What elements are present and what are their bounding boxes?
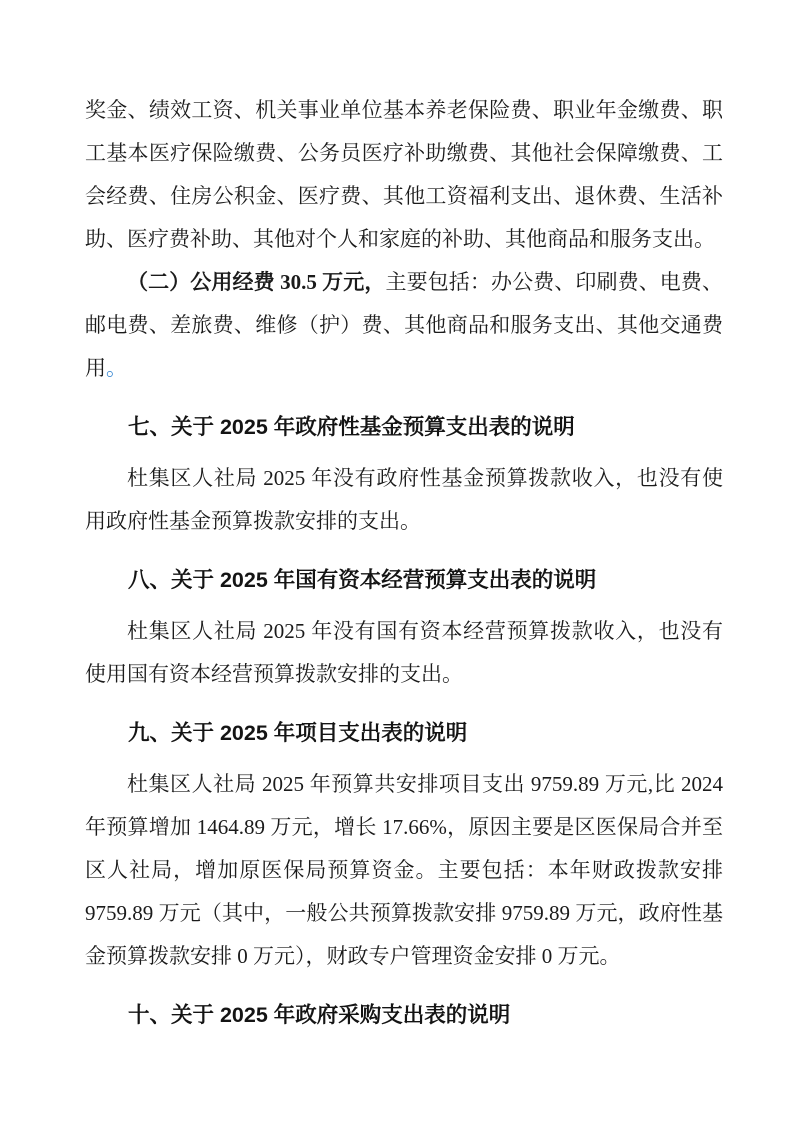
public-funds-bold-lead: （二）公用经费 30.5 万元， xyxy=(127,270,385,294)
public-funds-blue-period: 。 xyxy=(106,356,127,380)
section-heading-state-capital-budget: 八、关于 2025 年国有资本经营预算支出表的说明 xyxy=(85,559,723,602)
paragraph-personnel-expense-items: 奖金、绩效工资、机关事业单位基本养老保险费、职业年金缴费、职工基本医疗保险缴费、… xyxy=(85,89,723,261)
section-body-project-expenditure: 杜集区人社局 2025 年预算共安排项目支出 9759.89 万元,比 2024… xyxy=(85,763,723,978)
paragraph-public-funds: （二）公用经费 30.5 万元，主要包括：办公费、印刷费、电费、邮电费、差旅费、… xyxy=(85,261,723,390)
section-heading-project-expenditure: 九、关于 2025 年项目支出表的说明 xyxy=(85,712,723,755)
section-heading-gov-fund-budget: 七、关于 2025 年政府性基金预算支出表的说明 xyxy=(85,406,723,449)
section-heading-gov-procurement: 十、关于 2025 年政府采购支出表的说明 xyxy=(85,994,723,1037)
section-body-state-capital-budget: 杜集区人社局 2025 年没有国有资本经营预算拨款收入，也没有使用国有资本经营预… xyxy=(85,610,723,696)
section-body-gov-fund-budget: 杜集区人社局 2025 年没有政府性基金预算拨款收入，也没有使用政府性基金预算拨… xyxy=(85,457,723,543)
document-page: 奖金、绩效工资、机关事业单位基本养老保险费、职业年金缴费、职工基本医疗保险缴费、… xyxy=(0,0,793,1122)
